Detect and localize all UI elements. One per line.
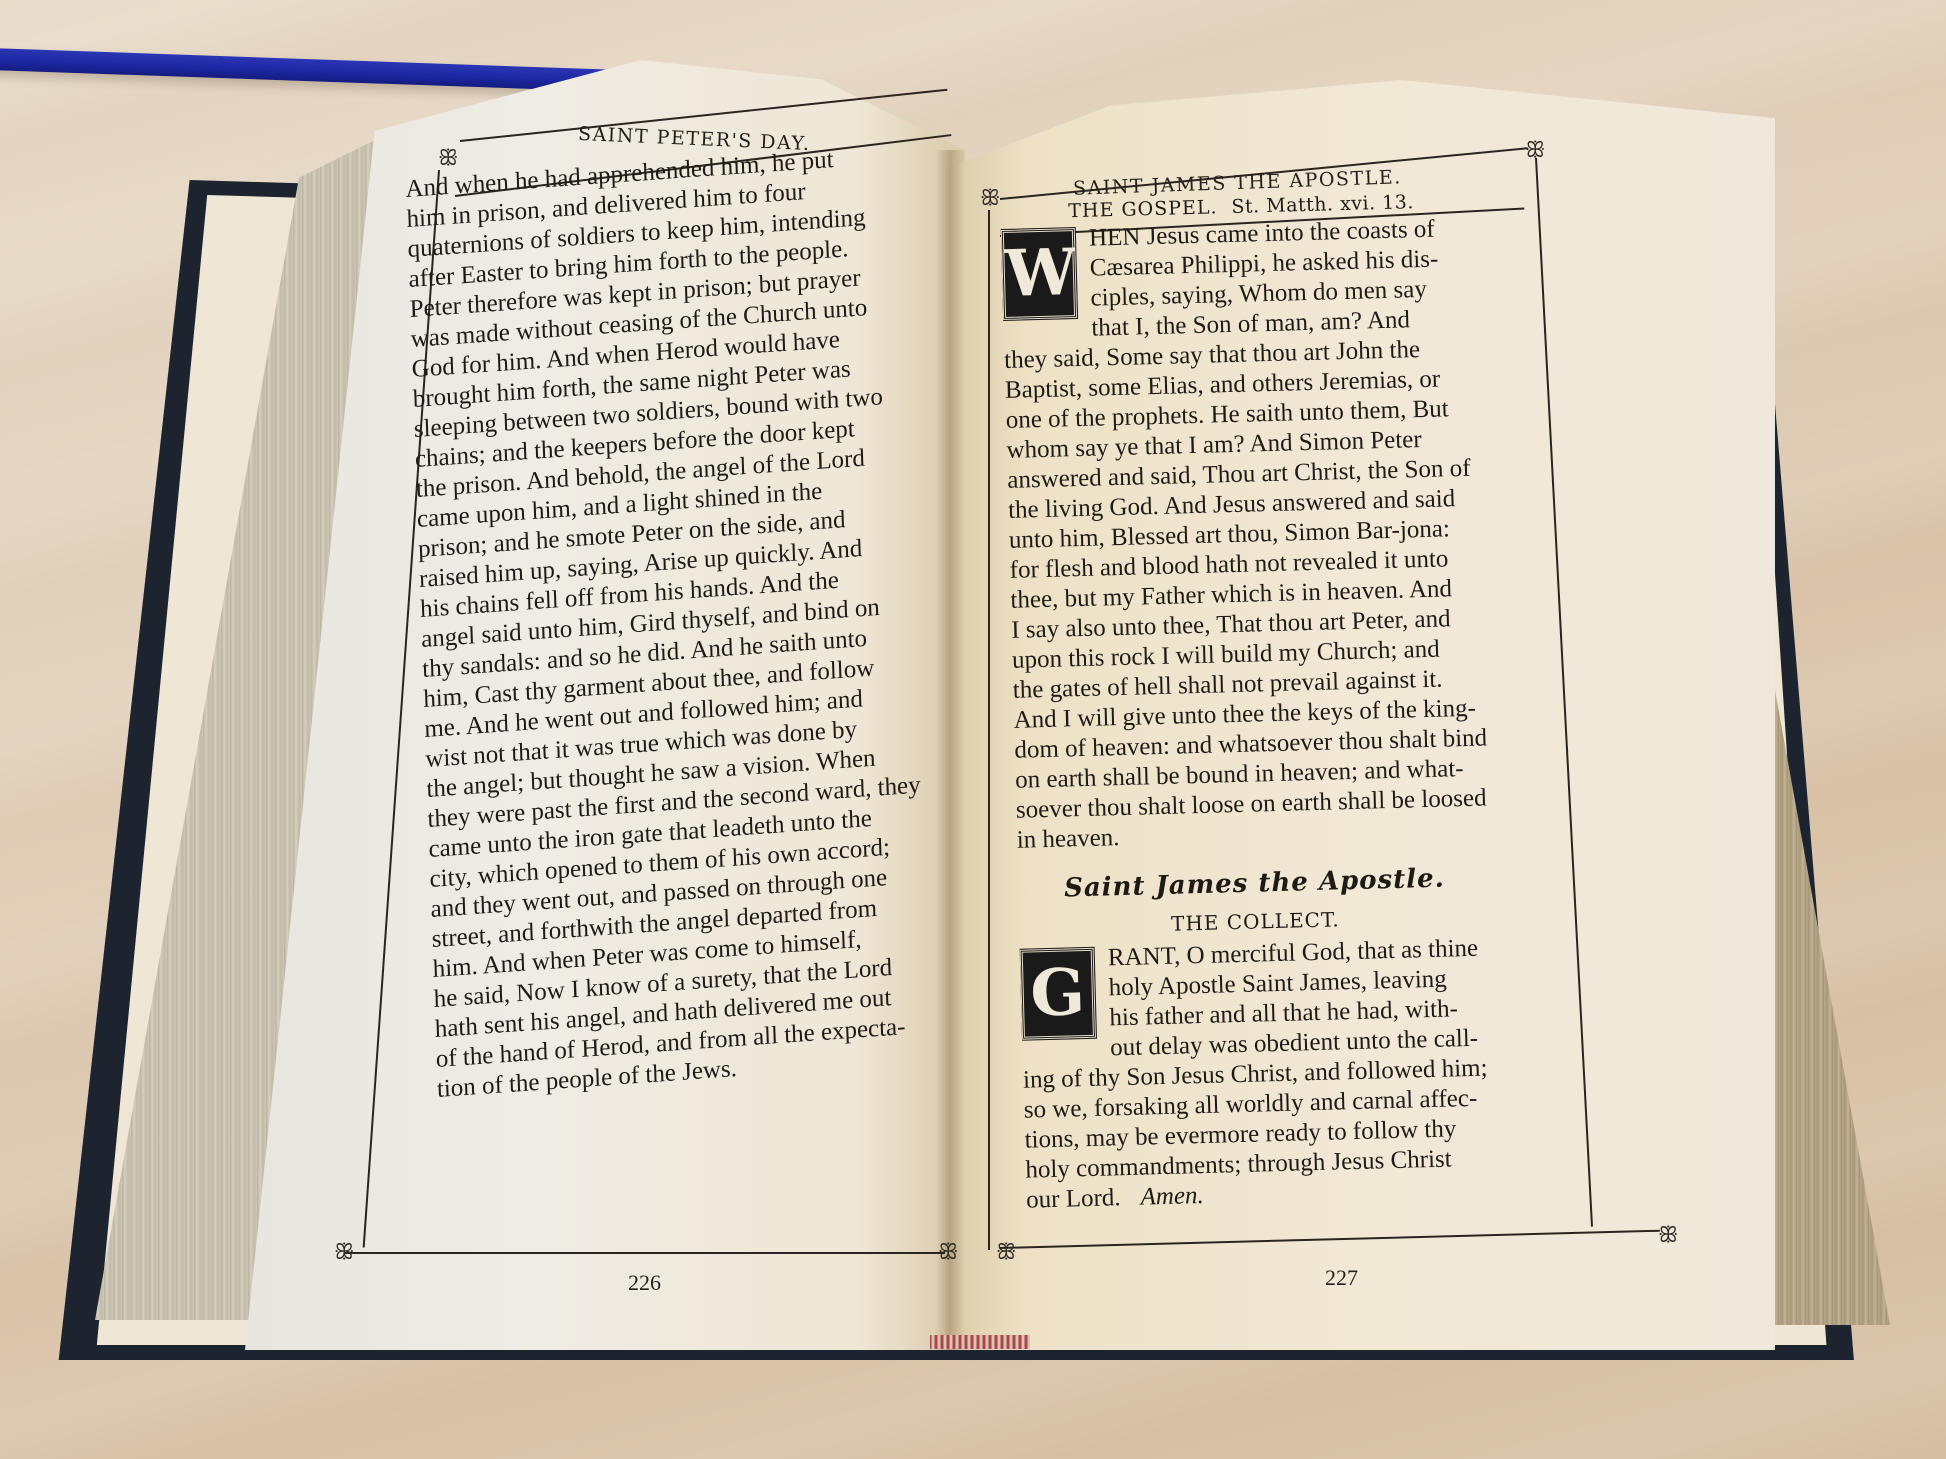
right-page-body: THE GOSPEL.St. Matth. xvi. 13. W HEN Jes…: [1000, 188, 1499, 1216]
gospel-opening: W HEN Jesus came into the coasts of Cæsa…: [1001, 214, 1477, 346]
book-headband: [930, 1335, 1030, 1349]
book-gutter: [935, 150, 965, 1350]
drop-cap-w: W: [1001, 228, 1077, 320]
corner-ornament-icon: ꕥ: [334, 1242, 354, 1264]
page-number: 227: [1325, 1265, 1358, 1291]
collect-opening: G RANT, O merciful God, that as thine ho…: [1020, 933, 1496, 1065]
left-page-body: And when he had apprehended him, he put …: [405, 141, 931, 1105]
amen: Amen.: [1140, 1182, 1204, 1211]
drop-cap-g: G: [1020, 948, 1096, 1040]
corner-ornament-icon: ꕥ: [1658, 1225, 1678, 1247]
corner-ornament-icon: ꕥ: [996, 1242, 1016, 1264]
frame-left-rule: [988, 210, 990, 1250]
footer-rule: [345, 1252, 945, 1254]
gospel-reference: St. Matth. xvi. 13.: [1231, 191, 1414, 218]
gospel-label: THE GOSPEL.: [1000, 196, 1218, 224]
page-number: 226: [628, 1270, 661, 1296]
corner-ornament-icon: ꕥ: [938, 1242, 958, 1264]
corner-ornament-icon: ꕥ: [980, 188, 1000, 210]
collect-last-line: our Lord.: [1026, 1184, 1121, 1213]
corner-ornament-icon: ꕥ: [438, 148, 458, 170]
